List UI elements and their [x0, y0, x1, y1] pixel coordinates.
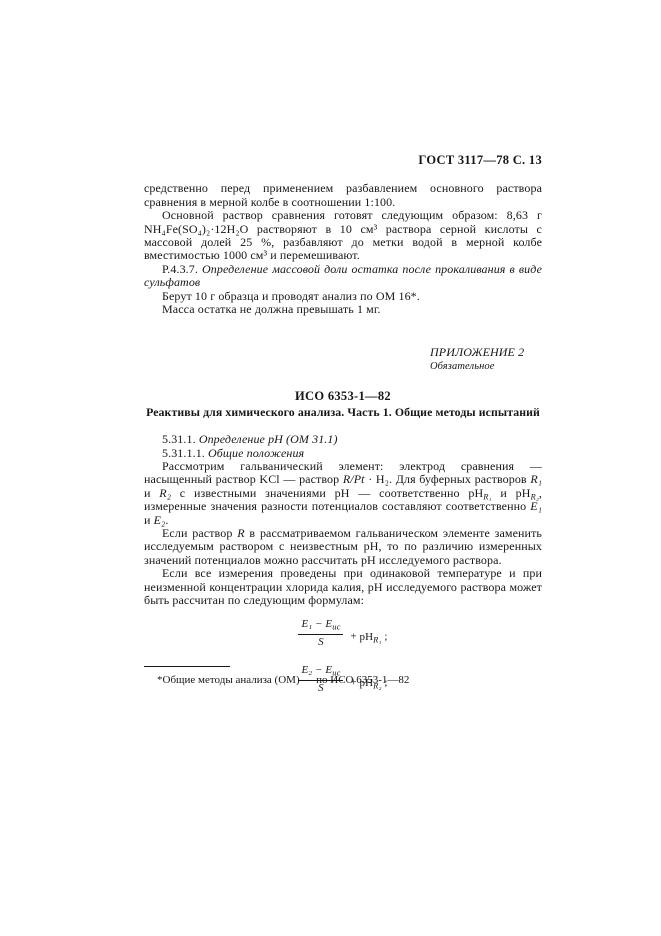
document-page: ГОСТ 3117—78 С. 13 средственно перед при… [0, 0, 661, 936]
fraction: E₁ − Eис S [298, 618, 343, 649]
clause-title: Определение массовой доли остатка после … [144, 262, 542, 289]
formula-ph-term: pHR₁ [360, 631, 382, 643]
paragraph-continued: средственно перед применением разбавлени… [144, 182, 542, 209]
formula-punctuation: ; [384, 631, 387, 643]
fraction-denominator: S [298, 635, 343, 649]
section-number: 5.31.1. [162, 432, 199, 446]
paragraph-main-solution: Основной раствор сравнения готовят следу… [144, 209, 542, 263]
section-heading-53111: 5.31.1.1. Общие положения [144, 447, 542, 460]
section-title: Определение рН (ОМ 31.1) [199, 432, 338, 446]
section-heading-5311: 5.31.1. Определение рН (ОМ 31.1) [144, 433, 542, 446]
fraction-numerator: E₁ − Eис [298, 618, 343, 634]
page-content: ГОСТ 3117—78 С. 13 средственно перед при… [144, 154, 542, 710]
page-header-doc-ref: ГОСТ 3117—78 С. 13 [144, 154, 542, 167]
paragraph-conditions: Если все измерения проведены при одинако… [144, 567, 542, 607]
appendix-block: ПРИЛОЖЕНИЕ 2 Обязательное [144, 346, 542, 373]
iso-standard-title: ИСО 6353-1—82 [144, 390, 542, 403]
paragraph-replace: Если раствор R в рассматриваемом гальван… [144, 527, 542, 567]
clause-number: Р.4.3.7. [162, 262, 202, 276]
section-title: Общие положения [208, 446, 304, 460]
paragraph-galvanic: Рассмотрим гальванический элемент: элект… [144, 460, 542, 527]
appendix-note: Обязательное [430, 360, 542, 373]
paragraph-sample: Берут 10 г образца и проводят анализ по … [144, 290, 542, 303]
footnote-divider [144, 666, 230, 667]
paragraph-r437-heading: Р.4.3.7. Определение массовой доли остат… [144, 263, 542, 290]
formula-operator: + [350, 631, 356, 643]
formula-ph-1: E₁ − Eис S + pHR₁ ; [144, 618, 542, 649]
paragraph-mass: Масса остатка не должна превышать 1 мг. [144, 303, 542, 316]
footnote-block: *Общие методы анализа (ОМ) — по ИСО 6353… [144, 666, 542, 686]
section-number: 5.31.1.1. [162, 446, 208, 460]
footnote-text: *Общие методы анализа (ОМ) — по ИСО 6353… [144, 674, 542, 686]
iso-standard-subtitle: Реактивы для химического анализа. Часть … [144, 406, 542, 419]
appendix-label: ПРИЛОЖЕНИЕ 2 [430, 346, 542, 359]
